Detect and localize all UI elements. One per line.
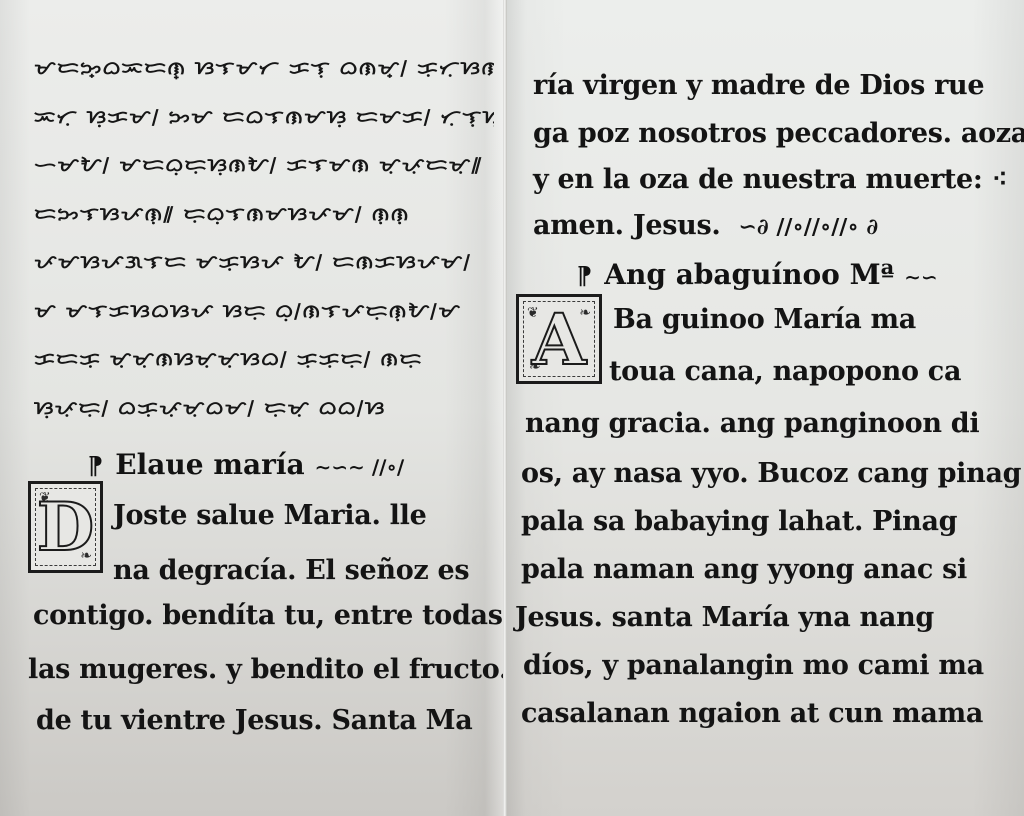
text-line: Joste salue Maria. lle bbox=[113, 500, 426, 531]
text-line: Jesus. santa María yna nang bbox=[515, 602, 934, 633]
text-line: ría virgen y madre de Dios rue bbox=[533, 70, 984, 101]
text-line: os, ay nasa yyo. Bucoz cang pinag bbox=[521, 458, 1021, 489]
initial-letter: D bbox=[37, 488, 94, 566]
pilcrow-icon: ¶ bbox=[577, 261, 592, 290]
section-heading-aba-guinoo: ¶Ang abaguínoo Mª∼∽ bbox=[577, 258, 938, 291]
book-spread: ᜋᜇᜅ᜔ᜊᜁᜇᜈ᜔ ᜐᜎᜋᜆ ᜃᜎᜓ ᜊᜈᜋ᜔᜵ ᜃᜓᜆᜓᜐᜈ ᜎ᜔ ᜀᜋ ᜆᜓ… bbox=[0, 0, 1024, 816]
text-line: y en la oza de nuestra muerte: ⁖ bbox=[533, 164, 1007, 195]
text-line: ga poz nosotros peccadores. aoza bbox=[533, 118, 1024, 149]
initial-letter: A bbox=[532, 298, 586, 381]
decorated-initial-d: ❦ ❧ D bbox=[28, 481, 103, 573]
baybayin-line: ᜑᜋᜀ᜵ ᜋᜇᜊᜓᜇᜓᜐᜓᜈᜀ᜵ ᜃᜎᜋᜈ ᜋᜓᜉᜓᜇᜋᜓ᜶ bbox=[34, 145, 494, 186]
pilcrow-icon: ¶ bbox=[88, 451, 103, 480]
amen-text: amen. Jesus. bbox=[533, 210, 720, 241]
baybayin-line: ᜉᜋᜐᜉᜄᜎᜇ ᜋᜃᜓᜐᜉ ᜀ᜵ ᜇᜈᜃᜐᜉᜋ᜵ bbox=[34, 242, 494, 283]
baybayin-line: ᜃᜇᜃᜓ ᜋᜓᜋᜓᜈᜐᜋᜓᜋᜓᜐᜊ᜵ ᜃᜓᜃᜓᜇᜓ᜵ ᜈᜇᜓ bbox=[34, 339, 494, 380]
baybayin-line: ᜋ ᜋᜎᜃᜐᜊᜐᜉ ᜐᜇᜓ ᜊᜓ᜵ᜈᜎᜉᜇᜓᜈᜓᜀ᜵ᜋ bbox=[34, 290, 494, 331]
flourish-ornament-icon: ∽∂ ∕∕∘∕∕∘∕∕∘ ∂ bbox=[738, 214, 878, 240]
section-heading-ave-maria: ¶Elaue maría∼∽∼ ∕∕∘∕ bbox=[88, 448, 404, 481]
text-line: amen. Jesus.∽∂ ∕∕∘∕∕∘∕∕∘ ∂ bbox=[533, 210, 878, 241]
baybayin-line: ᜁᜆᜓ ᜐᜓᜃᜋ᜵ ᜅᜋ ᜇᜊᜎᜈᜋᜐᜓ ᜇᜋᜃ᜵ ᜆᜓᜎᜓᜐᜓᜇᜓᜈ᜶ bbox=[34, 96, 494, 137]
text-line: pala naman ang yyong anac si bbox=[521, 554, 967, 585]
flourish-ornament-icon: ∼∽∼ ∕∕∘∕ bbox=[315, 455, 405, 479]
text-line: pala sa babaying lahat. Pinag bbox=[521, 506, 957, 537]
right-page: ría virgen y madre de Dios rue ga poz no… bbox=[505, 0, 1024, 816]
baybayin-line: ᜇᜅᜎᜐᜉᜈᜓ᜶ ᜇᜓᜊᜓᜎᜈᜋᜐᜉᜋ᜵ ᜈᜓᜈᜓ bbox=[34, 193, 494, 234]
baybayin-text-block: ᜋᜇᜅ᜔ᜊᜁᜇᜈ᜔ ᜐᜎᜋᜆ ᜃᜎᜓ ᜊᜈᜋ᜔᜵ ᜃᜓᜆᜓᜐᜈ ᜎ᜔ ᜀᜋ ᜆᜓ… bbox=[34, 44, 494, 432]
text-line: na degracía. El señoz es bbox=[113, 555, 469, 586]
text-line: de tu vientre Jesus. Santa Ma bbox=[36, 705, 472, 736]
heading-text: Ang abaguínoo Mª bbox=[604, 258, 894, 291]
baybayin-line: ᜋᜇᜅ᜔ᜊᜁᜇᜈ᜔ ᜐᜎᜋᜆ ᜃᜎᜓ ᜊᜈᜋ᜔᜵ ᜃᜓᜆᜓᜐᜈ ᜎ᜔ ᜀᜋ ᜆᜓ… bbox=[34, 48, 494, 89]
text-line: díos, y panalangin mo cami ma bbox=[523, 650, 984, 681]
baybayin-line: ᜐᜓᜉᜓᜇᜓ᜵ ᜊᜃᜓᜉᜓᜋᜓᜊᜋ᜵ ᜇᜓᜋᜓ ᜊᜊ᜵ᜐ bbox=[34, 387, 494, 428]
flourish-ornament-icon: ∼∽ bbox=[904, 265, 938, 289]
text-line: nang gracia. ang panginoon di bbox=[525, 408, 979, 439]
text-line: contigo. bendíta tu, entre todas bbox=[33, 600, 503, 631]
book-gutter bbox=[503, 0, 507, 816]
text-line: Ba guinoo María ma bbox=[613, 304, 916, 335]
text-line: las mugeres. y bendito el fructo. bbox=[28, 654, 508, 685]
text-line: toua cana, napopono ca bbox=[609, 356, 961, 387]
decorated-initial-a: ❦ ❧ ❧ A bbox=[516, 294, 602, 384]
heading-text: Elaue maría bbox=[115, 448, 304, 481]
left-page: ᜋᜇᜅ᜔ᜊᜁᜇᜈ᜔ ᜐᜎᜋᜆ ᜃᜎᜓ ᜊᜈᜋ᜔᜵ ᜃᜓᜆᜓᜐᜈ ᜎ᜔ ᜀᜋ ᜆᜓ… bbox=[0, 0, 505, 816]
text-line: casalanan ngaion at cun mama bbox=[521, 698, 983, 729]
